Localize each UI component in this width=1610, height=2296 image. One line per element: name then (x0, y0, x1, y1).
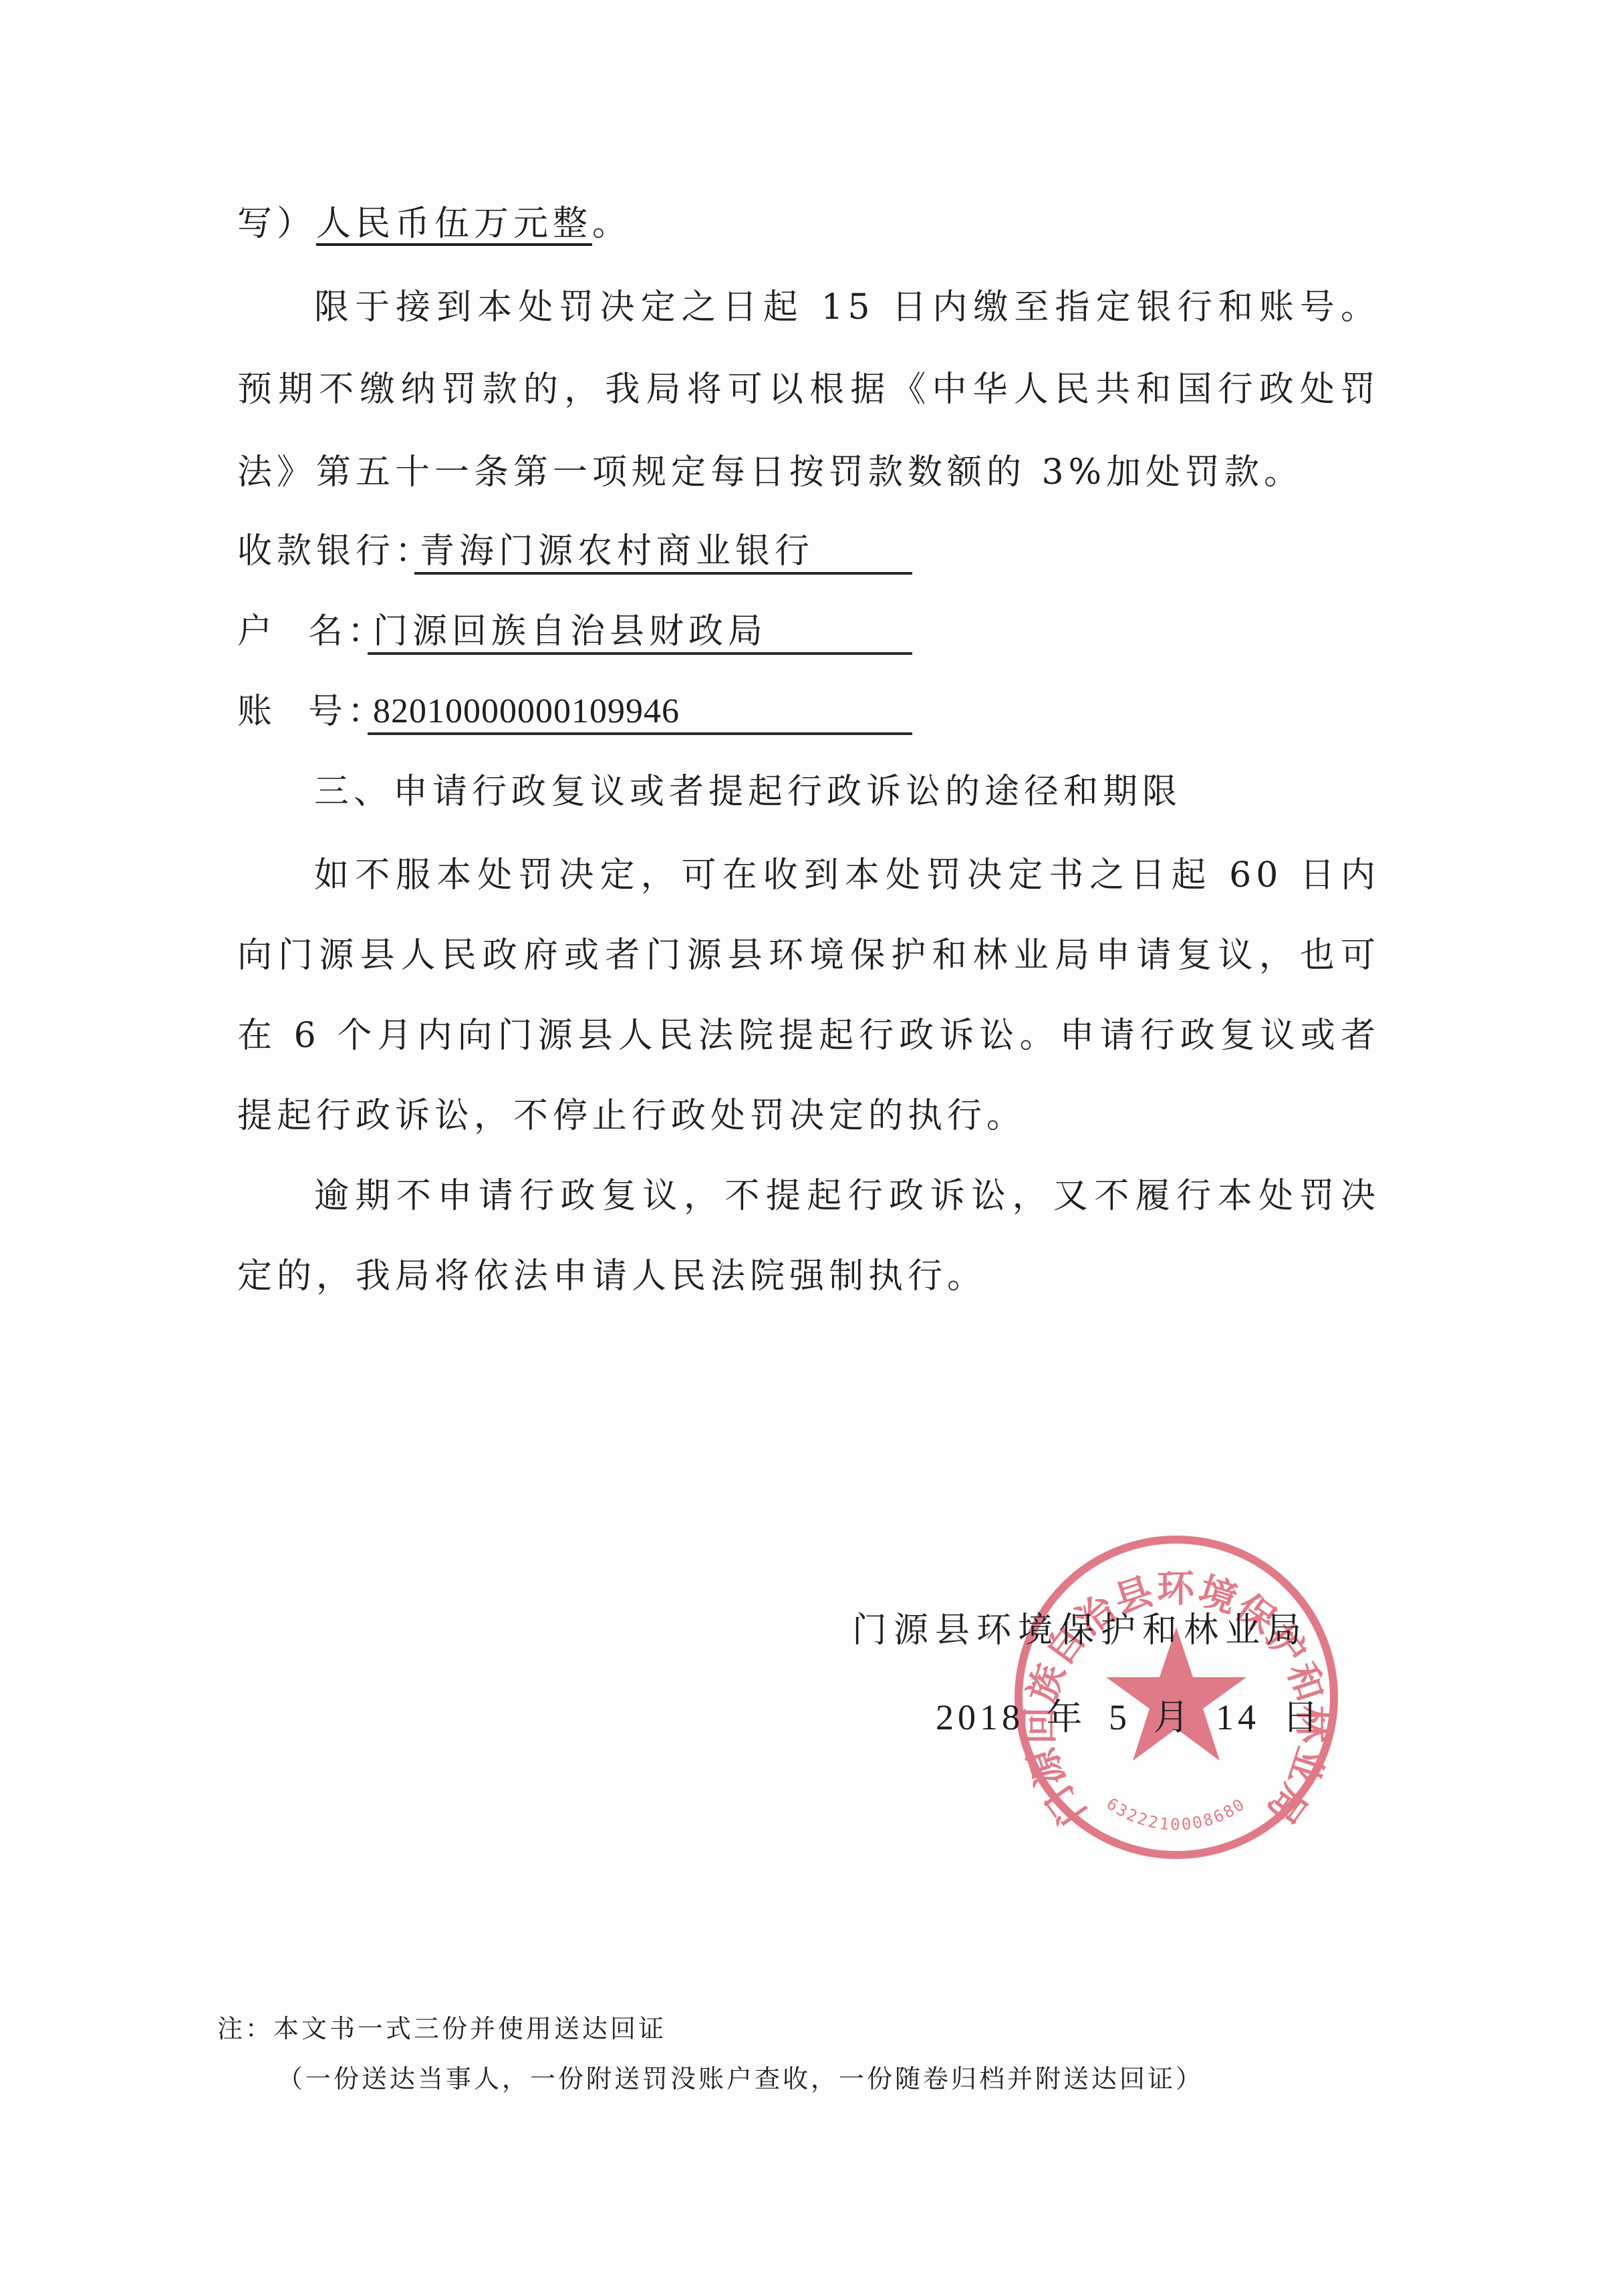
appeal-line-4: 提起行政诉讼，不停止行政处罚决定的执行。 (237, 1093, 1380, 1139)
section-3-heading: 三、申请行政复议或者提起行政诉讼的途径和期限 (314, 768, 1380, 815)
account-number-value: 82010000000109946 (368, 688, 912, 735)
appeal-line-1: 如不服本处罚决定，可在收到本处罚决定书之日起 60 日内 (314, 852, 1380, 899)
fine-amount-line: 写）人民币伍万元整。 (237, 200, 1380, 247)
account-number-row: 账 号： 82010000000109946 (237, 688, 912, 735)
bank-label: 收款银行： (237, 528, 434, 575)
account-name-row: 户 名： 门源回族自治县财政局 (237, 608, 912, 655)
fine-amount-value: 人民币伍万元整 (316, 204, 592, 244)
bank-value: 青海门源农村商业银行 (414, 528, 912, 575)
enforcement-line-1: 逾期不申请行政复议，不提起行政诉讼，又不履行本处罚决 (314, 1173, 1380, 1219)
svg-text:6322210008680: 6322210008680 (1103, 1794, 1250, 1834)
account-name-value: 门源回族自治县财政局 (368, 608, 912, 655)
fine-amount-prefix: 写） (237, 204, 316, 244)
enforcement-line-2: 定的，我局将依法申请人民法院强制执行。 (237, 1253, 1380, 1300)
payment-deadline-line-2: 预期不缴纳罚款的，我局将可以根据《中华人民共和国行政处罚 (237, 366, 1380, 413)
issue-date: 2018 年 5 月 14 日 (936, 1694, 1323, 1741)
footnote-line-2: （一份送达当事人，一份附送罚没账户查收，一份随卷归档并附送达回证） (277, 2060, 1204, 2098)
footnote-line-1: 注：本文书一式三份并使用送达回证 (217, 2010, 666, 2047)
account-number-label: 账 号： (237, 688, 387, 735)
appeal-line-3: 在 6 个月内向门源县人民法院提起行政诉讼。申请行政复议或者 (237, 1012, 1380, 1059)
appeal-line-2: 向门源县人民政府或者门源县环境保护和林业局申请复议，也可 (237, 932, 1380, 979)
issuer-name: 门源县环境保护和林业局 (852, 1607, 1308, 1654)
account-name-label: 户 名： (237, 608, 387, 655)
seal-code: 6322210008680 (1103, 1794, 1250, 1834)
bank-row: 收款银行： 青海门源农村商业银行 (237, 528, 912, 575)
payment-deadline-line-1: 限于接到本处罚决定之日起 15 日内缴至指定银行和账号。 (314, 284, 1380, 331)
payment-deadline-line-3: 法》第五十一条第一项规定每日按罚款数额的 3%加处罚款。 (237, 449, 1380, 496)
fine-amount-suffix: 。 (592, 204, 632, 244)
